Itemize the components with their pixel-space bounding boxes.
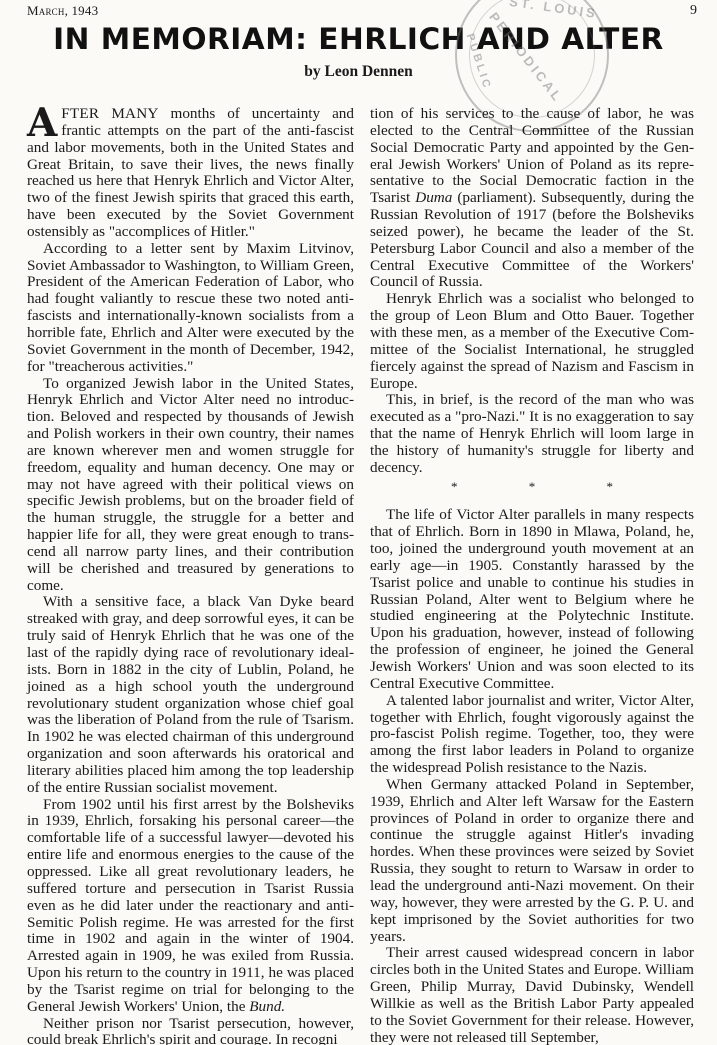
article-title: IN MEMORIAM: EHRLICH AND ALTER [0,22,717,56]
paragraph: According to a letter sent by Maxim Litv… [27,241,354,376]
byline: by Leon Dennen [0,63,717,81]
paragraph: A talented labor journalist and writer, … [370,693,694,777]
running-head: March, 1943 9 [0,0,717,22]
paragraph-text: months of uncertainty and frantic attemp… [27,105,354,240]
paragraph: From 1902 until his first arrest by the … [27,797,354,1016]
paragraph: Henryk Ehrlich was a socialist who belon… [370,291,694,392]
paragraph: The life of Victor Alter parallels in ma… [370,507,694,692]
issue-date: March, 1943 [27,3,98,19]
paragraph: Neither prison nor Tsarist persecution, … [27,1016,354,1045]
lead-in: FTER MANY [61,105,158,122]
paragraph-text: From 1902 until his first arrest by the … [27,796,354,1015]
paragraph: When Germany attacked Poland in Septembe… [370,777,694,945]
paragraph: This, in brief, is the record of the man… [370,392,694,476]
paragraph: With a sensitive face, a black Van Dyke … [27,594,354,796]
page-number: 9 [690,3,697,19]
paragraph: Their arrest caused widespread concern i… [370,945,694,1045]
drop-cap: A [27,108,57,138]
paragraph: AFTER MANY months of uncertainty and fra… [27,106,354,241]
left-column: AFTER MANY months of uncertainty and fra… [27,106,354,1045]
right-column: tion of his services to the cause of lab… [370,106,694,1045]
paragraph: To organized Jewish labor in the United … [27,376,354,595]
section-separator: * * * [370,479,694,496]
paragraph: tion of his services to the cause of lab… [370,106,694,291]
italic-term: Duma [415,189,452,206]
italic-term: Bund. [249,998,285,1015]
